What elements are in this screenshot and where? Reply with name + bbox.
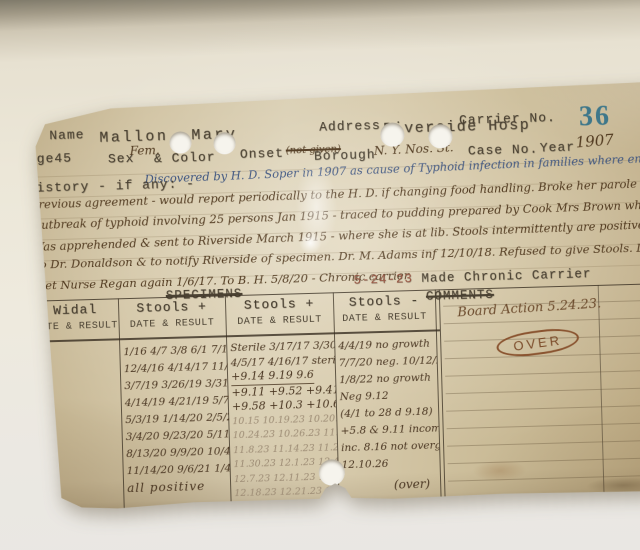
column-header-stools-pos-1: Stools + DATE & RESULT — [118, 298, 226, 331]
comments-column: Board Action 5.24.23. OVER — [443, 283, 640, 501]
column-title: Stools + — [118, 298, 225, 316]
punch-hole — [213, 132, 236, 155]
column-subtitle: DATE & RESULT — [333, 311, 435, 325]
borough-label: Borough — [314, 147, 376, 164]
table-cell: inc. 8.16 not overgrown — [341, 437, 439, 457]
table-cell: 12.18.23 12.21.23 12.28.23 — [234, 484, 338, 501]
table-cell: 12.10.26 — [341, 454, 439, 474]
age-label: Age45 — [28, 151, 72, 167]
over-stamp: OVER — [495, 325, 580, 360]
comments-label: COMMENTS — [426, 288, 494, 304]
table-cell-underlined: +9.14 9.19 9.6 — [231, 368, 314, 386]
carrier-number-stamp: 36 — [579, 100, 612, 133]
framed-photo-of-record-card: Name Mallon, Mary Address Riverside Hosp… — [0, 0, 640, 550]
age-label-text: Age — [28, 151, 55, 167]
column-title: Stools + — [225, 295, 333, 313]
column-body-stools-neg: 4/4/19 no growth 7/7/20 neg. 10/12/21 ne… — [338, 335, 440, 500]
name-label: Name — [49, 127, 85, 143]
column-title: Stools - — [333, 292, 435, 310]
column-header-stools-pos-2: Stools + DATE & RESULT — [225, 295, 334, 328]
status-text: Made Chronic Carrier — [413, 267, 592, 286]
table-cell: 11/14/20 9/6/21 1/4/21 2/10/21 — [126, 460, 230, 480]
column-header-stools-neg: Stools - DATE & RESULT — [333, 292, 436, 325]
address-label: Address — [319, 118, 381, 135]
column-body-stools-pos-1: 1/16 4/7 3/8 6/1 7/17 11/16 12/4/16 4/14… — [123, 341, 231, 506]
over-note: (over) — [342, 475, 440, 495]
onset-label: Onset — [240, 146, 284, 162]
year-label: Year — [540, 140, 576, 156]
column-header-widal: Widal DATE & RESULT — [32, 301, 119, 333]
table-cell: all positive — [127, 477, 231, 497]
column-subtitle: DATE & RESULT — [33, 320, 119, 333]
age-value: 45 — [54, 151, 72, 166]
record-card: Name Mallon, Mary Address Riverside Hosp… — [22, 77, 640, 517]
card-wrapper: Name Mallon, Mary Address Riverside Hosp… — [22, 77, 640, 517]
column-subtitle: DATE & RESULT — [225, 314, 333, 328]
column-title: Widal — [32, 301, 118, 318]
table-cell: 1/8/22 no growth — [339, 369, 437, 389]
status-date: 5-24-23 — [353, 272, 413, 288]
table-cell: 4/5/17 4/16/17 sterile — [231, 353, 335, 370]
year-value: 1907 — [575, 130, 615, 151]
table-border — [32, 301, 39, 513]
column-subtitle: DATE & RESULT — [118, 317, 225, 331]
carrier-no-label: Carrier No. — [459, 110, 556, 128]
